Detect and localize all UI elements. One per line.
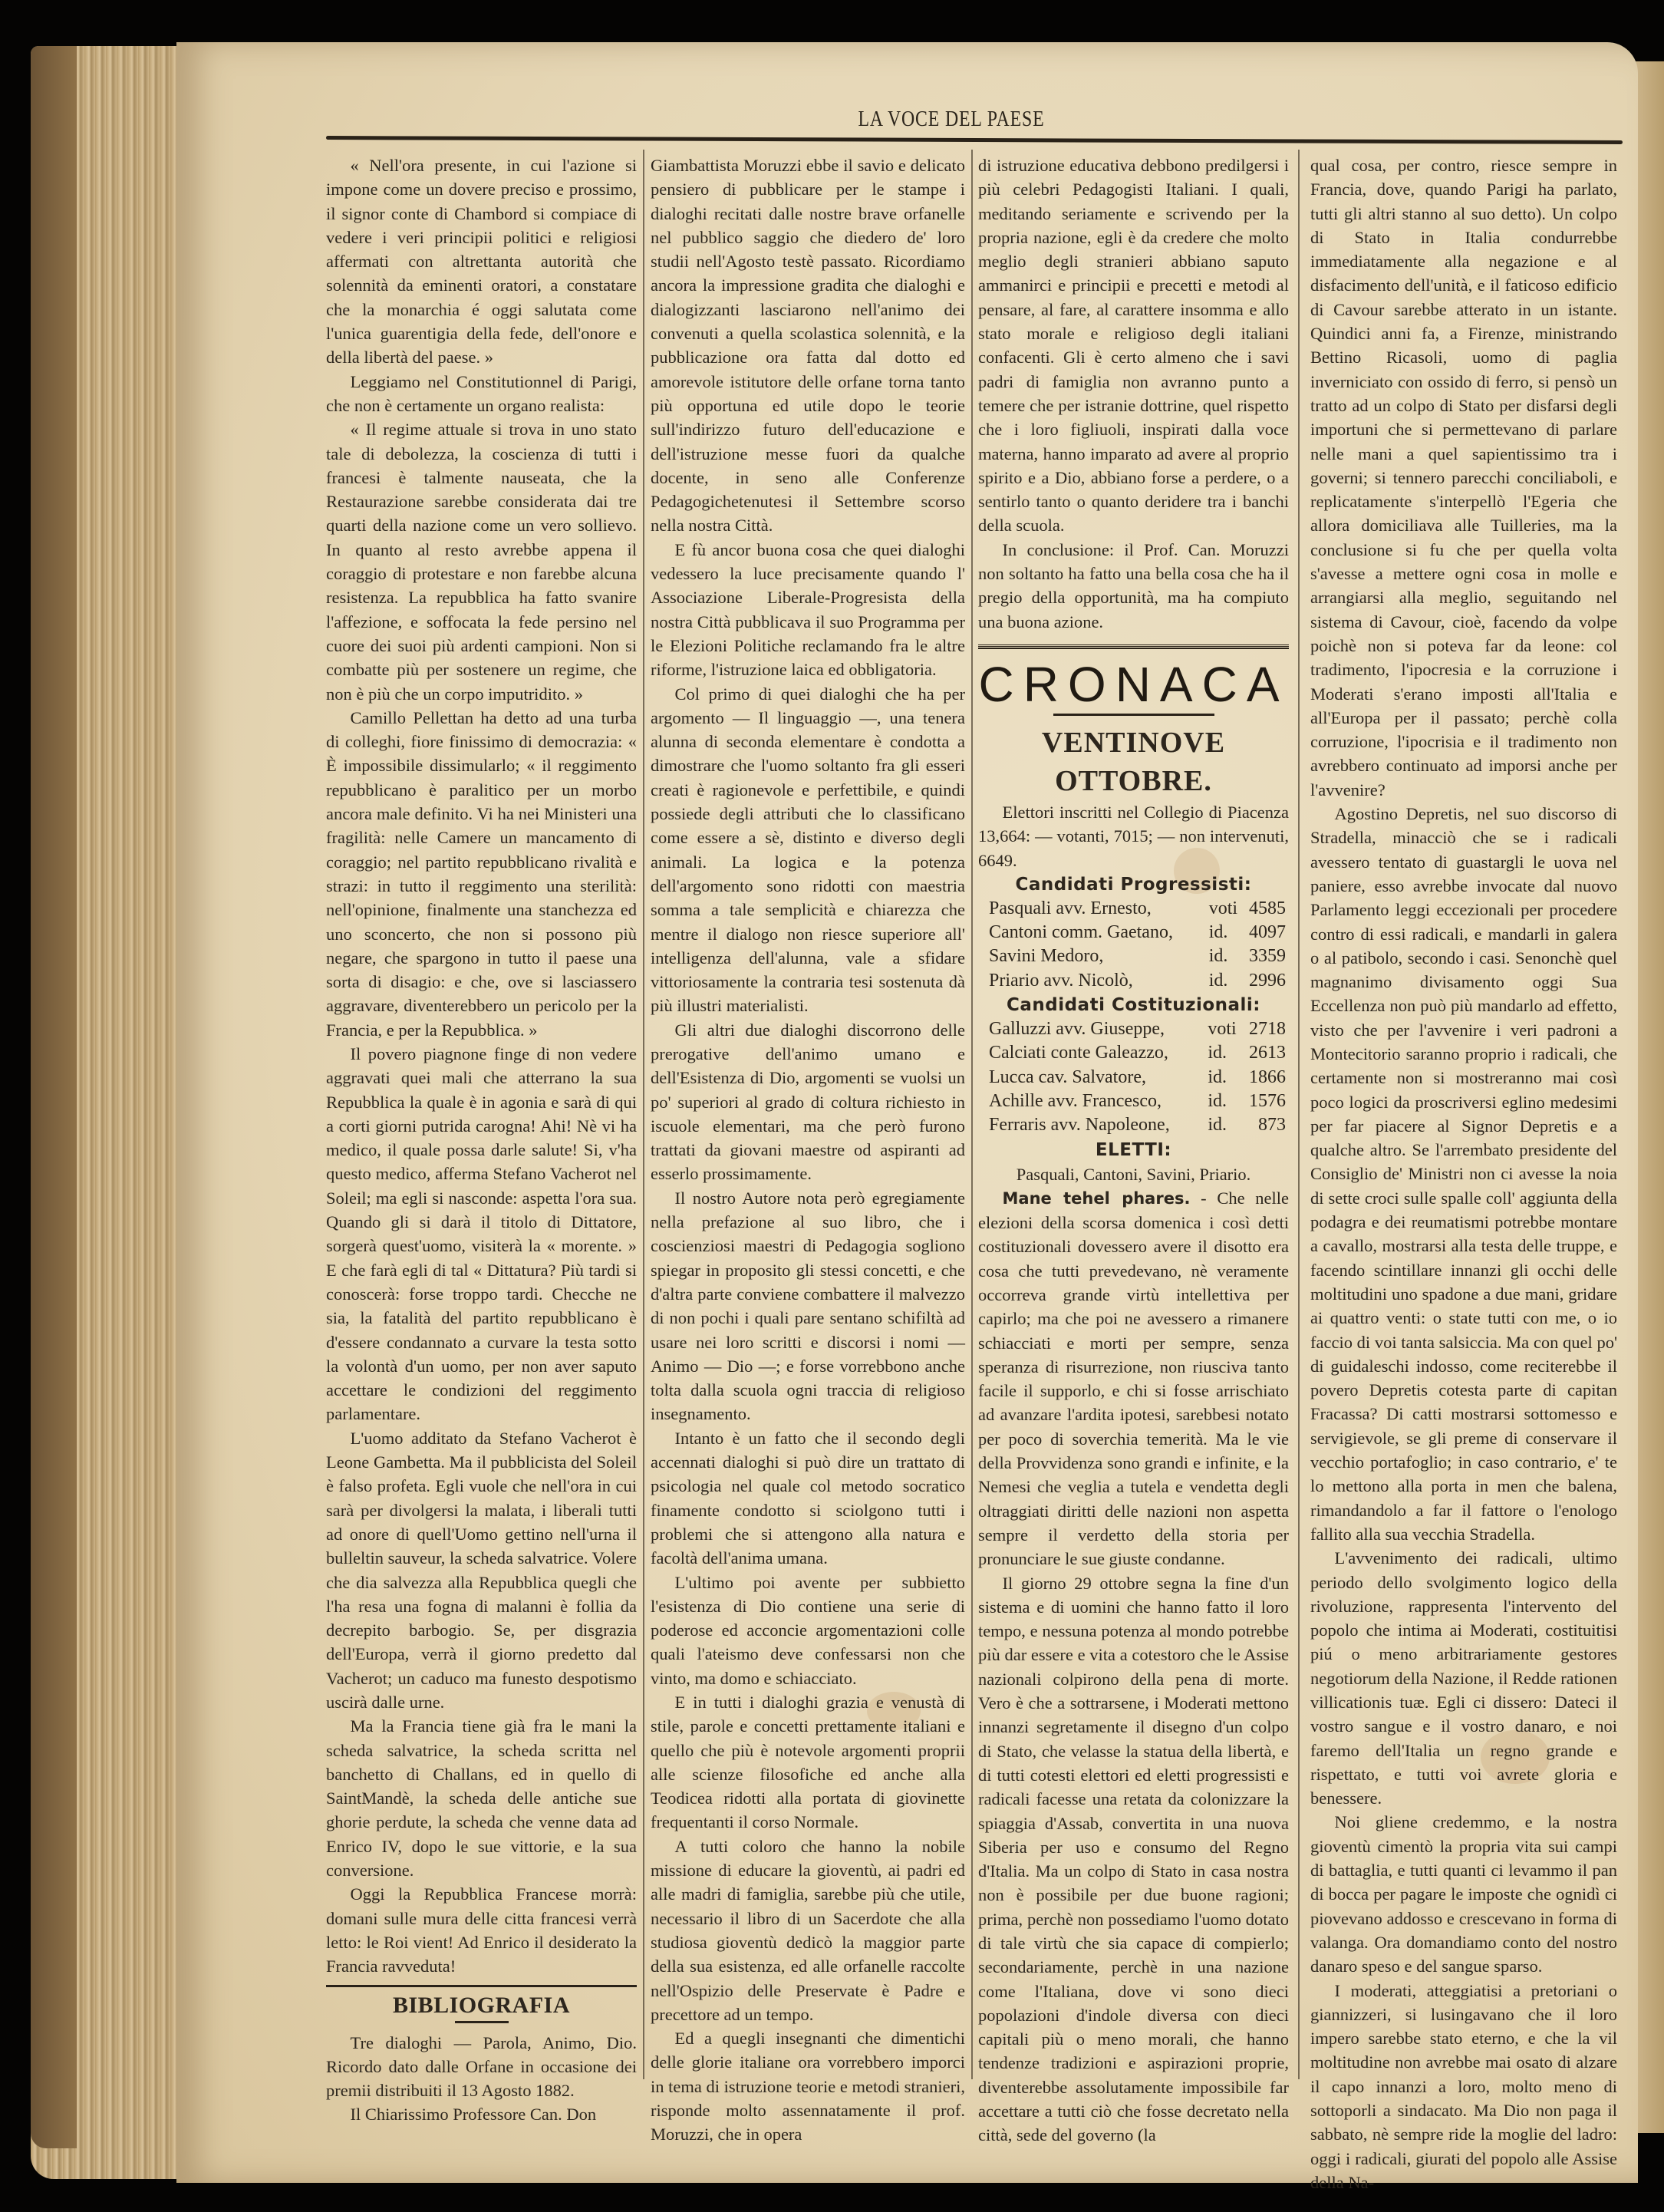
column-divider bbox=[971, 150, 973, 2079]
table-row: Galluzzi avv. Giuseppe, voti 2718 bbox=[978, 1017, 1289, 1041]
article-paragraph: di istruzione educativa debbono predilge… bbox=[978, 153, 1289, 538]
vote-count: 1576 bbox=[1242, 1090, 1289, 1113]
vote-label: id. bbox=[1203, 944, 1243, 968]
vote-label: id. bbox=[1203, 921, 1243, 944]
vote-label: id. bbox=[1201, 1113, 1242, 1137]
article-paragraph: Gli altri due dialoghi discorrono delle … bbox=[651, 1018, 965, 1186]
vote-count: 2613 bbox=[1242, 1041, 1289, 1065]
bibliografia-paragraph: Tre dialoghi — Parola, Animo, Dio. Ricor… bbox=[326, 2031, 637, 2103]
table-row: Achille avv. Francesco, id. 1576 bbox=[978, 1090, 1289, 1113]
article-paragraph: L'ultimo poi avente per subbietto l'esis… bbox=[651, 1571, 965, 1690]
candidate-name: Achille avv. Francesco, bbox=[978, 1090, 1201, 1113]
vote-label: id. bbox=[1201, 1041, 1242, 1065]
vote-count: 873 bbox=[1242, 1113, 1289, 1137]
candidate-name: Savini Medoro, bbox=[978, 944, 1203, 968]
article-paragraph: « Nell'ora presente, in cui l'azione si … bbox=[326, 153, 637, 370]
vote-count: 3359 bbox=[1243, 944, 1289, 968]
candidate-name: Calciati conte Galeazzo, bbox=[978, 1041, 1201, 1065]
column-divider bbox=[643, 150, 644, 2079]
candidate-name: Pasquali avv. Ernesto, bbox=[978, 897, 1203, 921]
table-row: Ferraris avv. Napoleone, id. 873 bbox=[978, 1113, 1289, 1137]
candidate-name: Ferraris avv. Napoleone, bbox=[978, 1113, 1201, 1137]
facing-page-edge bbox=[1634, 61, 1664, 2133]
book-spine-shadow bbox=[31, 46, 77, 2148]
article-paragraph: In conclusione: il Prof. Can. Moruzzi no… bbox=[978, 538, 1289, 634]
article-paragraph: « Il regime attuale si trova in uno stat… bbox=[326, 417, 637, 706]
lead-text: - Che nelle elezioni della scorsa domeni… bbox=[978, 1188, 1289, 1568]
table-row: Calciati conte Galeazzo, id. 2613 bbox=[978, 1041, 1289, 1065]
column-2: Giambattista Moruzzi ebbe il savio e del… bbox=[651, 153, 965, 2147]
article-paragraph: Oggi la Repubblica Francese morrà: doman… bbox=[326, 1882, 637, 1978]
section-heading-bibliografia: BIBLIOGRAFIA bbox=[326, 1990, 637, 2021]
article-paragraph: L'avvenimento dei radicali, ultimo perio… bbox=[1310, 1546, 1617, 1810]
vote-count: 1866 bbox=[1242, 1066, 1289, 1090]
article-paragraph: Noi gliene credemmo, e la nostra giovent… bbox=[1310, 1810, 1617, 1978]
section-rule bbox=[326, 1985, 637, 1987]
article-paragraph: Col primo di quei dialoghi che ha per ar… bbox=[651, 682, 965, 1018]
results-table-costituzionali: Galluzzi avv. Giuseppe, voti 2718 Calcia… bbox=[978, 1017, 1289, 1137]
elected-list: Pasquali, Cantoni, Savini, Priario. bbox=[978, 1162, 1289, 1186]
candidate-name: Cantoni comm. Gaetano, bbox=[978, 921, 1203, 944]
table-row: Priario avv. Nicolò, id. 2996 bbox=[978, 969, 1289, 993]
article-paragraph: Ed a quegli insegnanti che dimentichi de… bbox=[651, 2026, 965, 2146]
bibliografia-paragraph: Il Chiarissimo Professore Can. Don bbox=[326, 2102, 637, 2126]
article-paragraph: Giambattista Moruzzi ebbe il savio e del… bbox=[651, 153, 965, 538]
article-paragraph: I moderati, atteggiatisi a pretoriani o … bbox=[1310, 1979, 1617, 2195]
vote-count: 2996 bbox=[1243, 969, 1289, 993]
vote-count: 4585 bbox=[1243, 897, 1289, 921]
article-paragraph: Agostino Depretis, nel suo discorso di S… bbox=[1310, 802, 1617, 1546]
heading-underline bbox=[455, 2021, 509, 2023]
vote-label: id. bbox=[1203, 969, 1243, 993]
vote-label: id. bbox=[1201, 1090, 1242, 1113]
article-paragraph: E in tutti i dialoghi grazia e venustà d… bbox=[651, 1690, 965, 1835]
column-4: qual cosa, per contro, riesce sempre in … bbox=[1310, 153, 1617, 2194]
election-intro: Elettori inscritti nel Collegio di Piace… bbox=[978, 800, 1289, 872]
article-paragraph: Il povero piagnone finge di non vedere a… bbox=[326, 1042, 637, 1426]
column-3: di istruzione educativa debbono predilge… bbox=[978, 153, 1289, 2148]
article-paragraph: Il giorno 29 ottobre segna la fine d'un … bbox=[978, 1571, 1289, 2148]
column-divider bbox=[1298, 150, 1300, 2079]
results-group-title: Candidati Costituzionali: bbox=[978, 993, 1289, 1017]
vote-label: voti bbox=[1203, 897, 1243, 921]
candidate-name: Lucca cav. Salvatore, bbox=[978, 1066, 1201, 1090]
article-paragraph: qual cosa, per contro, riesce sempre in … bbox=[1310, 153, 1617, 802]
elected-title: ELETTI: bbox=[978, 1138, 1289, 1162]
vote-count: 2718 bbox=[1242, 1017, 1289, 1041]
news-headline: VENTINOVE OTTOBRE. bbox=[978, 724, 1289, 800]
heading-underline bbox=[1053, 714, 1214, 716]
section-rule bbox=[978, 644, 1289, 649]
vote-count: 4097 bbox=[1243, 921, 1289, 944]
article-paragraph: E fù ancor buona cosa che quei dialoghi … bbox=[651, 538, 965, 682]
table-row: Savini Medoro, id. 3359 bbox=[978, 944, 1289, 968]
candidate-name: Galluzzi avv. Giuseppe, bbox=[978, 1017, 1201, 1041]
article-paragraph: Leggiamo nel Constitutionnel di Parigi, … bbox=[326, 370, 637, 418]
article-paragraph: Mane tehel phares. - Che nelle elezioni … bbox=[978, 1186, 1289, 1571]
article-paragraph: Camillo Pellettan ha detto ad una turba … bbox=[326, 706, 637, 1042]
article-paragraph: L'uomo additato da Stefano Vacherot è Le… bbox=[326, 1426, 637, 1715]
candidate-name: Priario avv. Nicolò, bbox=[978, 969, 1203, 993]
table-row: Lucca cav. Salvatore, id. 1866 bbox=[978, 1066, 1289, 1090]
vote-label: id. bbox=[1201, 1066, 1242, 1090]
article-paragraph: Il nostro Autore nota però egregiamente … bbox=[651, 1186, 965, 1426]
results-table-progressisti: Pasquali avv. Ernesto, voti 4585 Cantoni… bbox=[978, 897, 1289, 993]
column-1: « Nell'ora presente, in cui l'azione si … bbox=[326, 153, 637, 2127]
vote-label: voti bbox=[1201, 1017, 1242, 1041]
article-paragraph: Intanto è un fatto che il secondo degli … bbox=[651, 1426, 965, 1571]
section-heading-cronaca: CRONACA bbox=[978, 655, 1289, 714]
lead-bold-title: Mane tehel phares. bbox=[1003, 1189, 1191, 1208]
table-row: Cantoni comm. Gaetano, id. 4097 bbox=[978, 921, 1289, 944]
results-group-title: Candidati Progressisti: bbox=[978, 872, 1289, 897]
article-paragraph: A tutti coloro che hanno la nobile missi… bbox=[651, 1835, 965, 2026]
table-row: Pasquali avv. Ernesto, voti 4585 bbox=[978, 897, 1289, 921]
article-paragraph: Ma la Francia tiene già fra le mani la s… bbox=[326, 1714, 637, 1882]
running-head: LA VOCE DEL PAESE bbox=[821, 107, 1082, 132]
